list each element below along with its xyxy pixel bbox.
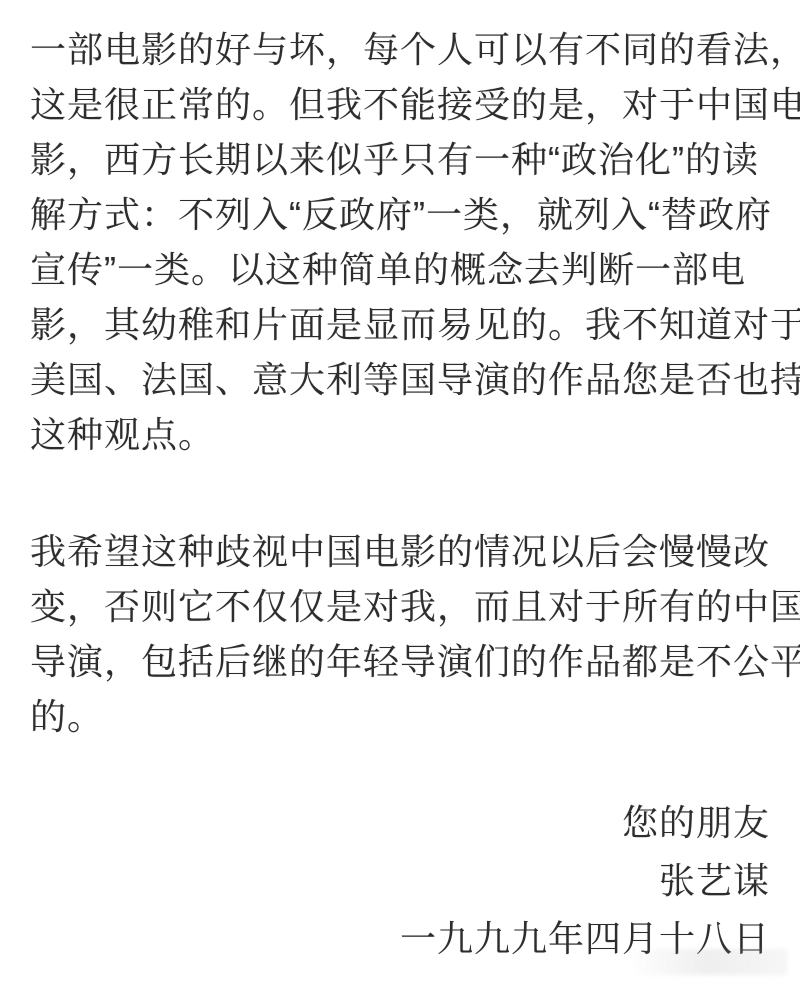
signature-closing: 您的朋友 xyxy=(30,794,770,852)
signature-block: 您的朋友 张艺谋 一九九九年四月十八日 xyxy=(30,794,770,968)
signature-name: 张艺谋 xyxy=(30,852,770,910)
letter-line: 我希望这种歧视中国电影的情况以后会慢慢改 xyxy=(30,524,770,579)
letter-line: 的。 xyxy=(30,689,770,744)
letter-page: 一部电影的好与坏，每个人可以有不同的看法， 这是很正常的。但我不能接受的是，对于… xyxy=(0,0,800,985)
paragraph-1: 一部电影的好与坏，每个人可以有不同的看法， 这是很正常的。但我不能接受的是，对于… xyxy=(30,22,770,462)
letter-line: 解方式：不列入“反政府”一类，就列入“替政府 xyxy=(30,187,770,242)
letter-line: 这是很正常的。但我不能接受的是，对于中国电 xyxy=(30,77,770,132)
letter-line: 变，否则它不仅仅是对我，而且对于所有的中国 xyxy=(30,579,770,634)
letter-line: 一部电影的好与坏，每个人可以有不同的看法， xyxy=(30,22,770,77)
signature-date: 一九九九年四月十八日 xyxy=(30,910,770,968)
letter-line: 美国、法国、意大利等国导演的作品您是否也持 xyxy=(30,352,770,407)
letter-line: 影，其幼稚和片面是显而易见的。我不知道对于 xyxy=(30,297,770,352)
letter-line: 这种观点。 xyxy=(30,407,770,462)
letter-line: 导演，包括后继的年轻导演们的作品都是不公平 xyxy=(30,634,770,689)
letter-line: 影，西方长期以来似乎只有一种“政治化”的读 xyxy=(30,132,770,187)
letter-line: 宣传”一类。以这种简单的概念去判断一部电 xyxy=(30,242,770,297)
paragraph-2: 我希望这种歧视中国电影的情况以后会慢慢改 变，否则它不仅仅是对我，而且对于所有的… xyxy=(30,524,770,744)
